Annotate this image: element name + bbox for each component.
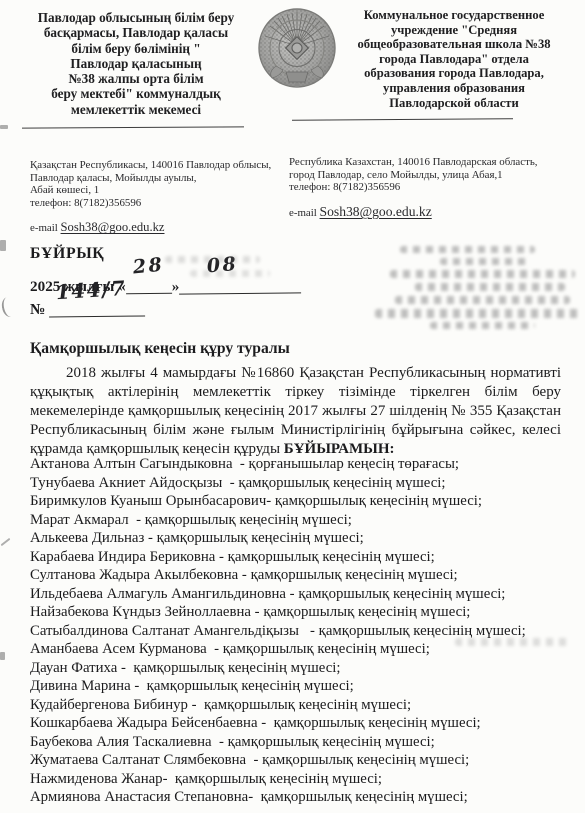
order-subject: Қамқоршылық кеңесін құру туралы — [30, 340, 290, 358]
pen-scribble-artifact — [0, 296, 18, 318]
member-role: қамқоршылық кеңесінің мүшесі; — [274, 715, 481, 731]
member-row: Дивина Марина - қамқоршылық кеңесінің мү… — [30, 677, 570, 696]
member-name: Кошкарбаева Жадыра Бейсенбаевна — [30, 715, 258, 731]
header-divider-left — [22, 126, 244, 129]
bleed-through-artifact — [430, 322, 535, 329]
member-row: Баубекова Алия Таскалиевна - қамқоршылық… — [30, 733, 570, 752]
member-role: қамқоршылық кеңесінің мүшесі; — [145, 512, 352, 528]
member-role: қамқоршылық кеңесінің мүшесі; — [223, 641, 430, 657]
member-row: Марат Акмарал - қамқоршылық кеңесінің мү… — [30, 511, 570, 530]
member-name: Нажмиденова Жанар — [30, 771, 163, 787]
member-name: Сатыбалдинова Салтанат Амангельдіқызы — [30, 623, 299, 639]
email-prefix: e-mail — [30, 222, 61, 234]
member-role: қорғанышылар кеңесің төрағасы; — [249, 456, 460, 472]
member-row: Карабаева Индира Бериковна - қамқоршылық… — [30, 548, 570, 567]
body-line: құқықтық актілерінің мемлекеттік тіркеу … — [30, 383, 561, 402]
order-number-line: № 144/7 — [30, 299, 145, 319]
bleed-through-artifact — [395, 296, 570, 304]
bleed-through-artifact — [440, 258, 530, 265]
bleed-through-artifact — [390, 270, 575, 278]
member-row: Алькеева Дильназ - қамқоршылық кеңесінің… — [30, 529, 570, 548]
scanned-order-document: { "header": { "org_left": "Павлодар облы… — [0, 0, 585, 813]
member-role: қамқоршылық кеңесінің мүшесі; — [251, 567, 458, 583]
member-role: қамқоршылық кеңесінің мүшесі; — [263, 604, 470, 620]
member-row: Актанова Алтын Сагындыковна - қорғанышыл… — [30, 455, 570, 474]
scan-edge-mark — [0, 125, 8, 129]
member-role: қамқоршылық кеңесінің мүшесі; — [228, 734, 435, 750]
email-line: e-mail Sosh38@goo.edu.kz — [289, 206, 573, 219]
member-name: Султанова Жадыра Акылбековна — [30, 567, 238, 583]
member-name: Армиянова Анастасия Степановна — [30, 789, 248, 805]
member-name: Ильдебаева Алмагуль Амангильдиновна — [30, 586, 286, 602]
kazakhstan-emblem-icon — [256, 6, 340, 92]
member-name: Актанова Алтын Сагындыковна — [30, 456, 233, 472]
member-row: Кудайбергенова Бибинур - қамқоршылық кең… — [30, 696, 570, 715]
member-row: Тунубаева Акниет Айдосқызы - қамқоршылық… — [30, 474, 570, 493]
member-name: Карабаева Индира Бериковна — [30, 549, 215, 565]
member-name: Биримкулов Куаныш Орынбасарович — [30, 493, 266, 509]
scan-edge-mark — [0, 652, 5, 660]
member-role: қамқоршылық кеңесінің мүшесі; — [133, 660, 340, 676]
header-divider-right — [292, 118, 513, 121]
member-row: Дауан Фатиха - қамқоршылық кеңесінің мүш… — [30, 659, 570, 678]
member-row: Армиянова Анастасия Степановна- қамқоршы… — [30, 788, 570, 807]
member-role: қамқоршылық кеңесінің мүшесі; — [228, 549, 435, 565]
contact-lines-russian: Республика Казахстан, 140016 Павлодарска… — [289, 156, 573, 193]
bleed-through-artifact — [400, 246, 535, 253]
member-name: Марат Акмарал — [30, 512, 129, 528]
member-row: Жуматаева Салтанат Слямбековна - қамқорш… — [30, 751, 570, 770]
contact-lines-kazakh: Қазақстан Республикасы, 140016 Павлодар … — [30, 159, 292, 209]
org-name-russian: Коммунальное государственное учреждение … — [334, 8, 574, 110]
body-line: мекемелерінде қамқоршылық кеңесінің 2017… — [30, 402, 561, 421]
member-name: Кудайбергенова Бибинур — [30, 697, 188, 713]
email-prefix: e-mail — [289, 207, 320, 219]
member-row: Найзабекова Күндыз Зейноллаевна - қамқор… — [30, 603, 570, 622]
member-name: Дауан Фатиха — [30, 660, 117, 676]
member-name: Жуматаева Салтанат Слямбековна — [30, 752, 246, 768]
member-row: Султанова Жадыра Акылбековна - қамқоршыл… — [30, 566, 570, 585]
member-role: қамқоршылық кеңесінің мүшесі; — [175, 771, 382, 787]
bleed-through-artifact — [190, 270, 270, 277]
member-name: Баубекова Алия Таскалиевна — [30, 734, 212, 750]
member-role: қамқоршылық кеңесінің мүшесі; — [298, 586, 505, 602]
member-row: Нажмиденова Жанар- қамқоршылық кеңесінің… — [30, 770, 570, 789]
body-line: Республикасының білім және ғылым Министі… — [30, 421, 561, 440]
order-heading: БҰЙРЫҚ — [30, 245, 104, 263]
member-name: Тунубаева Акниет Айдосқызы — [30, 475, 222, 491]
number-label: № — [30, 301, 49, 318]
bleed-through-artifact — [165, 256, 260, 263]
scan-edge-mark — [0, 240, 6, 251]
member-role: қамқоршылық кеңесінің мүшесі; — [319, 623, 526, 639]
member-role: қамқоршылық кеңесінің мүшесі; — [261, 789, 468, 805]
org-name-kazakh: Павлодар облысының білім беру басқармасы… — [28, 10, 244, 117]
bleed-through-artifact — [415, 283, 565, 291]
bleed-through-artifact — [455, 638, 570, 646]
member-name: Найзабекова Күндыз Зейноллаевна — [30, 604, 251, 620]
date-day-blank: 28 — [126, 276, 172, 294]
bleed-through-artifact — [375, 309, 580, 318]
email-line: e-mail Sosh38@goo.edu.kz — [30, 221, 292, 234]
member-row: Биримкулов Куаныш Орынбасарович- қамқорш… — [30, 492, 570, 511]
contact-block-russian: Республика Казахстан, 140016 Павлодарска… — [289, 144, 573, 232]
member-row: Ильдебаева Алмагуль Амангильдиновна - қа… — [30, 585, 570, 604]
scan-edge-mark — [1, 538, 11, 546]
email-address: Sosh38@goo.edu.kz — [61, 220, 165, 234]
council-members-list: Актанова Алтын Сагындыковна - қорғанышыл… — [30, 455, 570, 807]
member-role: қамқоршылық кеңесінің мүшесі; — [238, 475, 445, 491]
member-role: қамқоршылық кеңесінің мүшесі; — [262, 752, 469, 768]
number-blank: 144/7 — [49, 298, 145, 317]
contact-block-kazakh: Қазақстан Республикасы, 140016 Павлодар … — [30, 147, 292, 247]
member-role: қамқоршылық кеңесінің мүшесі; — [147, 678, 354, 694]
member-name: Дивина Марина — [30, 678, 131, 694]
order-body-paragraph: 2018 жылғы 4 мамырдағы №16860 Қазақстан … — [30, 364, 561, 459]
handwritten-number: 144/7 — [55, 276, 127, 304]
member-role: қамқоршылық кеңесінің мүшесі; — [275, 493, 482, 509]
body-line: 2018 жылғы 4 мамырдағы №16860 Қазақстан … — [30, 364, 561, 383]
member-role: қамқоршылық кеңесінің мүшесі; — [157, 530, 364, 546]
member-name: Аманбаева Асем Курманова — [30, 641, 207, 657]
member-row: Кошкарбаева Жадыра Бейсенбаевна - қамқор… — [30, 714, 570, 733]
date-month-blank: 08 — [179, 275, 301, 294]
email-address: Sosh38@goo.edu.kz — [320, 204, 432, 219]
member-name: Алькеева Дильназ — [30, 530, 144, 546]
member-role: қамқоршылық кеңесінің мүшесі; — [204, 697, 411, 713]
handwritten-day: 28 — [132, 254, 165, 279]
